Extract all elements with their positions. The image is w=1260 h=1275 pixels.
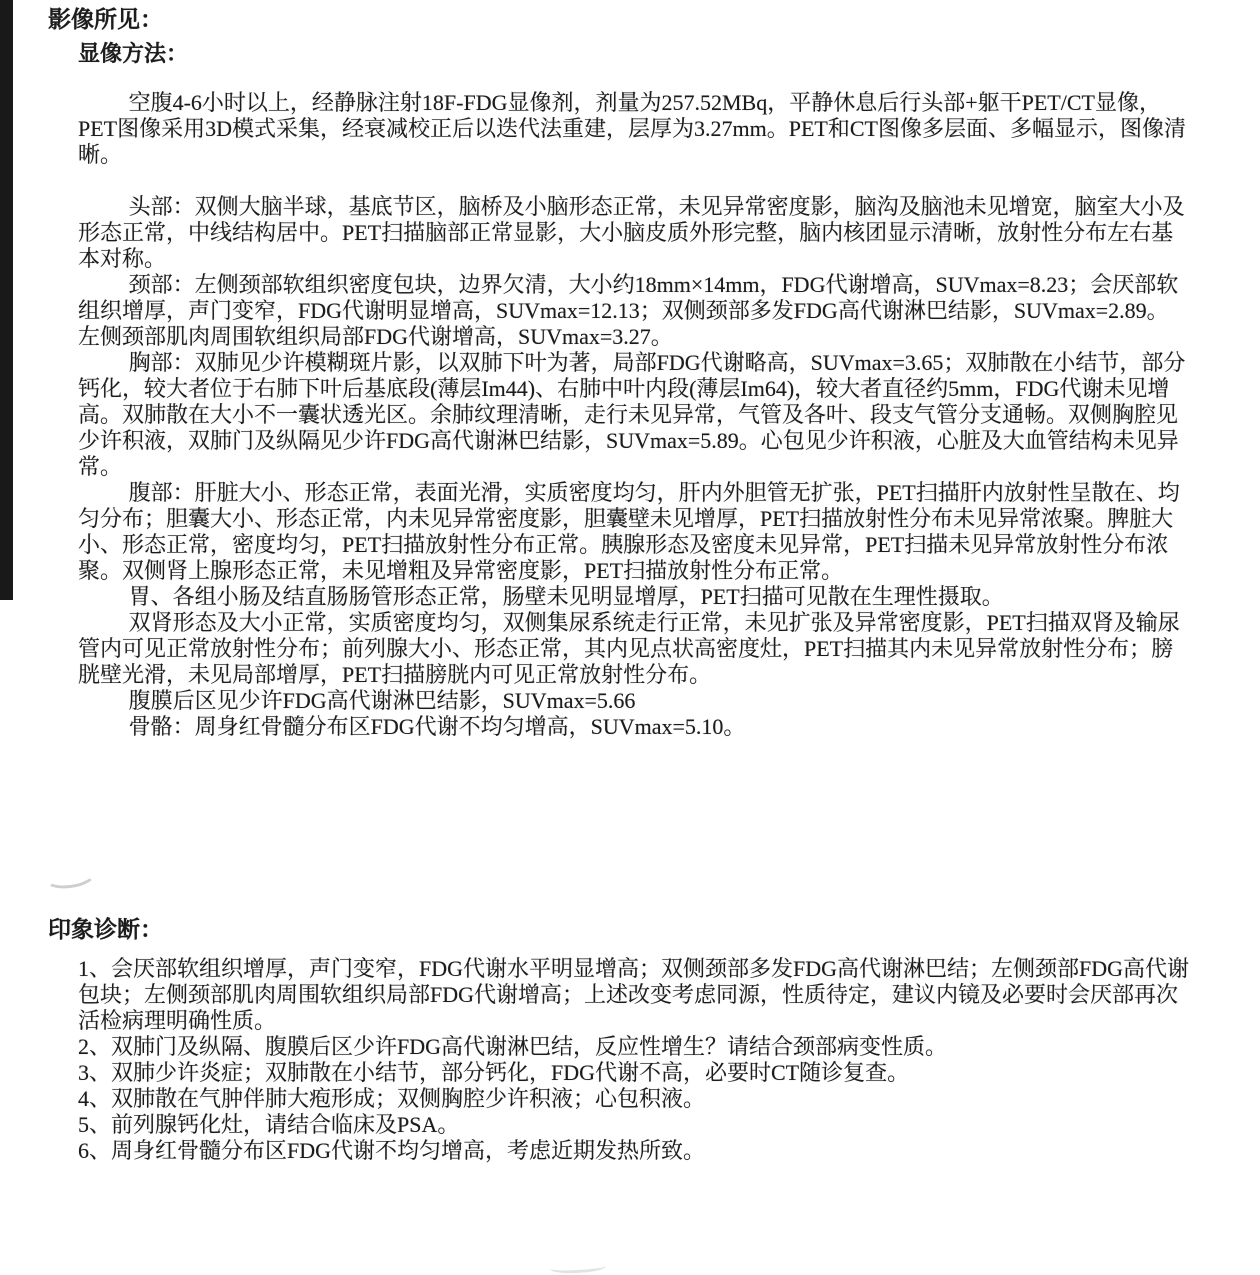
- impression-item-5: 5、前列腺钙化灶，请结合临床及PSA。: [78, 1112, 1190, 1138]
- impression-body: 1、会厌部软组织增厚，声门变窄，FDG代谢水平明显增高；双侧颈部多发FDG高代谢…: [78, 956, 1190, 1164]
- impression-item-6: 6、周身红骨髓分布区FDG代谢不均匀增高，考虑近期发热所致。: [78, 1138, 1190, 1164]
- paragraph-bone: 骨骼：周身红骨髓分布区FDG代谢不均匀增高，SUVmax=5.10。: [78, 714, 1190, 740]
- paragraph-head: 头部：双侧大脑半球，基底节区，脑桥及小脑形态正常，未见异常密度影，脑沟及脑池未见…: [78, 194, 1190, 272]
- method-heading: 显像方法：: [78, 40, 1260, 68]
- impression-item-2: 2、双肺门及纵隔、腹膜后区少许FDG高代谢淋巴结，反应性增生？请结合颈部病变性质…: [78, 1034, 1190, 1060]
- paragraph-method: 空腹4-6小时以上，经静脉注射18F-FDG显像剂，剂量为257.52MBq，平…: [78, 90, 1190, 168]
- paragraph-kidneys-bladder: 双肾形态及大小正常，实质密度均匀，双侧集尿系统走行正常，未见扩张及异常密度影，P…: [78, 610, 1190, 688]
- scan-edge-artifact: [0, 0, 13, 600]
- paragraph-neck: 颈部：左侧颈部软组织密度包块，边界欠清，大小约18mm×14mm，FDG代谢增高…: [78, 272, 1190, 350]
- impression-item-3: 3、双肺少许炎症；双肺散在小结节，部分钙化，FDG代谢不高，必要时CT随诊复查。: [78, 1060, 1190, 1086]
- scan-bottom-smudge-artifact: [550, 1261, 606, 1275]
- paragraph-chest: 胸部：双肺见少许模糊斑片影，以双肺下叶为著，局部FDG代谢略高，SUVmax=3…: [78, 350, 1190, 480]
- paragraph-retroperitoneum: 腹膜后区见少许FDG高代谢淋巴结影，SUVmax=5.66: [78, 688, 1190, 714]
- scan-smudge-artifact: [43, 860, 98, 891]
- paragraph-stomach-bowel: 胃、各组小肠及结直肠肠管形态正常，肠壁未见明显增厚，PET扫描可见散在生理性摄取…: [78, 584, 1190, 610]
- paragraph-abdomen: 腹部：肝脏大小、形态正常，表面光滑，实质密度均匀，肝内外胆管无扩张，PET扫描肝…: [78, 480, 1190, 584]
- findings-body: 空腹4-6小时以上，经静脉注射18F-FDG显像剂，剂量为257.52MBq，平…: [78, 90, 1190, 740]
- impression-item-1: 1、会厌部软组织增厚，声门变窄，FDG代谢水平明显增高；双侧颈部多发FDG高代谢…: [78, 956, 1190, 1034]
- report-page: 影像所见： 显像方法： 空腹4-6小时以上，经静脉注射18F-FDG显像剂，剂量…: [0, 0, 1260, 1275]
- findings-heading: 影像所见：: [48, 6, 1260, 34]
- impression-item-4: 4、双肺散在气肿伴肺大疱形成；双侧胸腔少许积液；心包积液。: [78, 1086, 1190, 1112]
- impression-heading: 印象诊断：: [48, 916, 1260, 944]
